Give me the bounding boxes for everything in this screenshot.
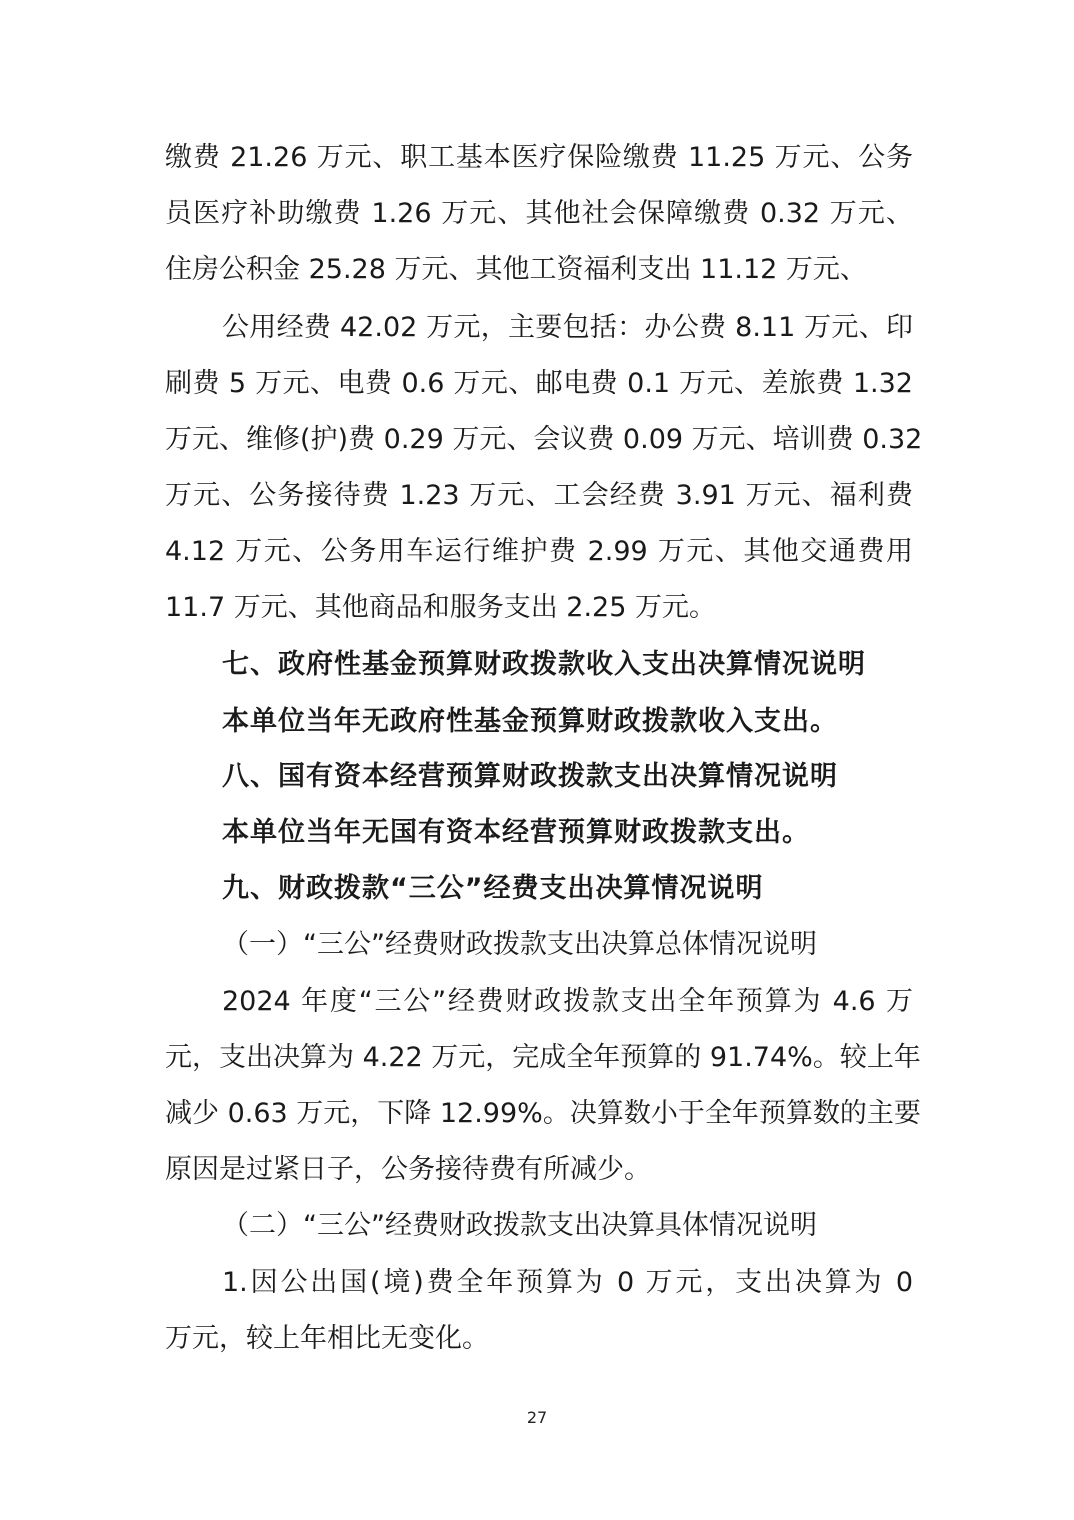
paragraph-public-expenses: 公用经费 42.02 万元，主要包括：办公费 8.11 万元、印 <box>222 300 913 356</box>
body-text-line: 4.12 万元、公务用车运行维护费 2.99 万元、其他交通费用 <box>165 524 913 580</box>
page-number: 27 <box>0 1408 1074 1428</box>
body-text-line: 刷费 5 万元、电费 0.6 万元、邮电费 0.1 万元、差旅费 1.32 <box>165 356 913 412</box>
body-text-line: 万元、公务接待费 1.23 万元、工会经费 3.91 万元、福利费 <box>165 468 913 524</box>
body-text-line: 万元，较上年相比无变化。 <box>165 1311 913 1367</box>
section-heading-8: 八、国有资本经营预算财政拨款支出决算情况说明 <box>222 749 913 805</box>
body-text-line: 原因是过紧日子，公务接待费有所减少。 <box>165 1142 913 1198</box>
body-text-line: 减少 0.63 万元，下降 12.99%。决算数小于全年预算数的主要 <box>165 1086 913 1142</box>
body-text-line: 缴费 21.26 万元、职工基本医疗保险缴费 11.25 万元、公务 <box>165 130 913 186</box>
body-text-line: 元，支出决算为 4.22 万元，完成全年预算的 91.74%。较上年 <box>165 1030 913 1086</box>
body-text-line: 万元、维修(护)费 0.29 万元、会议费 0.09 万元、培训费 0.32 <box>165 412 913 468</box>
body-text-line: 11.7 万元、其他商品和服务支出 2.25 万元。 <box>165 580 913 636</box>
body-text-line: 员医疗补助缴费 1.26 万元、其他社会保障缴费 0.32 万元、 <box>165 186 913 242</box>
document-page: 缴费 21.26 万元、职工基本医疗保险缴费 11.25 万元、公务 员医疗补助… <box>0 0 1074 1520</box>
paragraph-three-public-overview: 2024 年度“三公”经费财政拨款支出全年预算为 4.6 万 <box>222 974 913 1030</box>
subsection-heading-1: （一）“三公”经费财政拨款支出决算总体情况说明 <box>222 917 913 973</box>
section-7-body: 本单位当年无政府性基金预算财政拨款收入支出。 <box>222 694 913 750</box>
subsection-heading-2: （二）“三公”经费财政拨款支出决算具体情况说明 <box>222 1198 913 1254</box>
section-8-body: 本单位当年无国有资本经营预算财政拨款支出。 <box>222 805 913 861</box>
section-heading-9: 九、财政拨款“三公”经费支出决算情况说明 <box>222 861 913 917</box>
paragraph-overseas-travel: 1.因公出国(境)费全年预算为 0 万元，支出决算为 0 <box>222 1255 913 1311</box>
body-text-line: 住房公积金 25.28 万元、其他工资福利支出 11.12 万元、 <box>165 242 913 298</box>
section-heading-7: 七、政府性基金预算财政拨款收入支出决算情况说明 <box>222 637 913 693</box>
